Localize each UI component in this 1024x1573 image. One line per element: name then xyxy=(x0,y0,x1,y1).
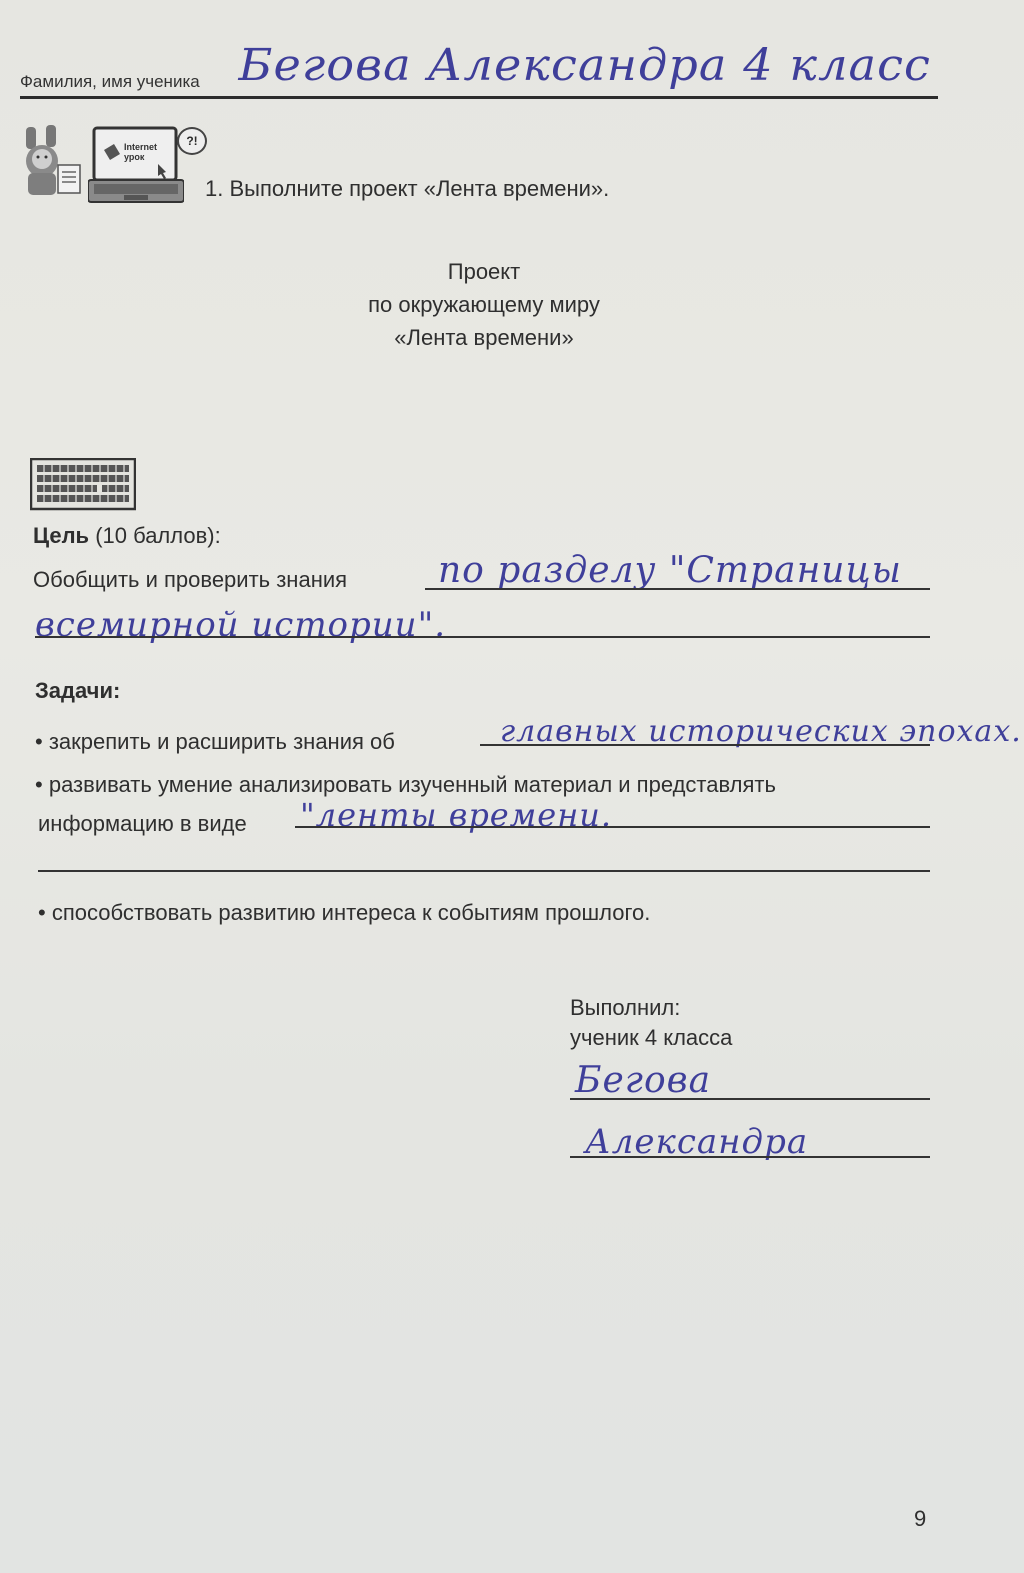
goal-handwritten-line1: по разделу "Страницы xyxy=(438,550,902,591)
task-item-1-text: закрепить и расширить знания об xyxy=(49,729,395,754)
task-item-2-text-line1: развивать умение анализировать изученный… xyxy=(49,772,776,797)
laptop-icon: Internet урок xyxy=(88,126,184,206)
student-name-underline xyxy=(20,96,938,99)
task-item-3: • способствовать развитию интереса к соб… xyxy=(38,900,650,926)
student-name-label: Фамилия, имя ученика xyxy=(20,72,200,92)
signature-label-completed: Выполнил: xyxy=(570,993,732,1023)
signature-underline-2 xyxy=(570,1156,930,1158)
student-name-handwritten: Бегова Александра 4 класс xyxy=(239,40,931,91)
project-title-line3: «Лента времени» xyxy=(284,321,684,354)
keyboard-icon xyxy=(30,458,136,512)
goal-handwritten-line2: всемирной истории". xyxy=(35,605,446,645)
task-item-3-text: способствовать развитию интереса к событ… xyxy=(52,900,651,925)
goal-underline-1 xyxy=(425,588,930,590)
task-item-1: • закрепить и расширить знания об xyxy=(35,729,395,755)
goal-prefix: Обобщить и проверить знания xyxy=(33,567,347,593)
tasks-heading: Задачи: xyxy=(35,678,120,704)
bullet: • xyxy=(35,772,43,797)
question-exclamation-icon: ?! xyxy=(177,127,207,155)
task-item-2-line1: • развивать умение анализировать изученн… xyxy=(35,772,776,798)
mascot-icon xyxy=(18,125,84,197)
bullet: • xyxy=(35,729,43,754)
signature-handwritten-surname: Бегова xyxy=(575,1060,711,1101)
bullet: • xyxy=(38,900,46,925)
task-item-2-underline-1 xyxy=(295,826,930,828)
laptop-text-urok: урок xyxy=(124,152,157,162)
signature-underline-1 xyxy=(570,1098,930,1100)
task-item-2-handwritten: "ленты времени. xyxy=(300,796,612,834)
page-number: 9 xyxy=(914,1506,926,1532)
task-item-1-underline xyxy=(480,744,930,746)
goal-heading: Цель (10 баллов): xyxy=(33,523,221,549)
goal-underline-2 xyxy=(35,636,930,638)
project-title-line1: Проект xyxy=(284,255,684,288)
goal-heading-bold: Цель xyxy=(33,523,89,548)
task-instruction: 1. Выполните проект «Лента времени». xyxy=(205,176,609,202)
task-item-2-text-line2: информацию в виде xyxy=(38,811,247,837)
signature-labels: Выполнил: ученик 4 класса xyxy=(570,993,732,1053)
project-title: Проект по окружающему миру «Лента времен… xyxy=(284,255,684,354)
goal-heading-points: (10 баллов): xyxy=(89,523,221,548)
laptop-text-internet: Internet xyxy=(124,142,157,152)
task-item-2-underline-2 xyxy=(38,870,930,872)
signature-label-grade: ученик 4 класса xyxy=(570,1023,732,1053)
project-title-line2: по окружающему миру xyxy=(284,288,684,321)
